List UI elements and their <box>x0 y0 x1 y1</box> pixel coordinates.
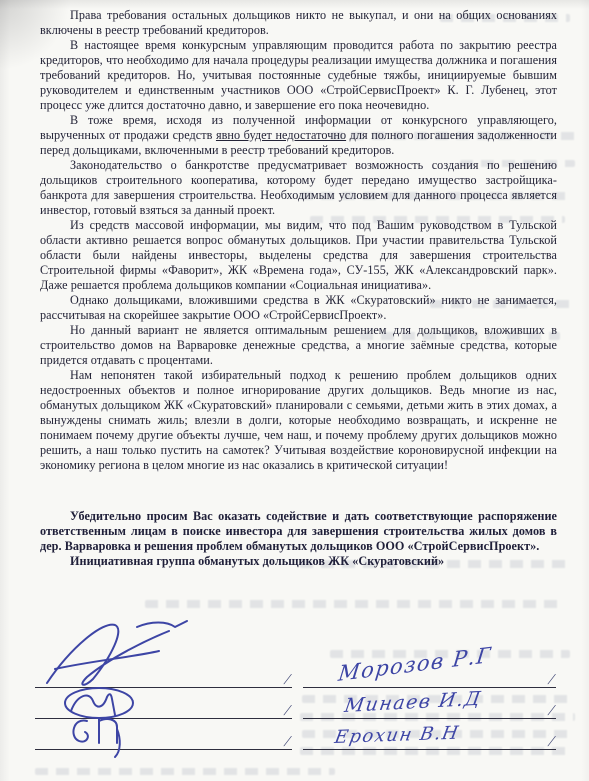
signature-scribble <box>63 709 147 761</box>
letter-body: Права требования остальных дольщиков ник… <box>40 8 557 569</box>
closing-line: Инициативная группа обманутых дольщиков … <box>40 554 557 569</box>
slash-mark: / <box>283 734 291 751</box>
paragraph-skuratovsky-ignored: Однако дольщиками, вложившими средства в… <box>40 293 557 323</box>
signature-line: Минаев И.Д / <box>303 687 556 719</box>
signatory-name: Ерохин В.Н <box>333 723 461 748</box>
paragraph-not-optimal: Но данный вариант не является оптимальны… <box>40 323 557 368</box>
signature-line: Морозов Р.Г / <box>303 656 556 688</box>
signature-row: / Ерохин В.Н / <box>35 719 556 750</box>
bleedthrough-artifact <box>145 600 565 608</box>
scanned-letter-page: Права требования остальных дольщиков ник… <box>0 0 589 781</box>
underlined-phrase: явно будет недостаточно <box>216 128 346 142</box>
paragraph-tula-examples: Из средств массовой информации, мы видим… <box>40 218 557 293</box>
paragraph-selective-approach: Нам непонятен такой избирательный подход… <box>40 368 557 473</box>
paragraph-register-closing: В настоящее время конкурсным управляющим… <box>40 38 557 113</box>
slash-mark: / <box>547 734 555 751</box>
paragraph-request: Убедительно просим Вас оказать содействи… <box>40 509 557 554</box>
signature-line: Ерохин В.Н / <box>303 718 556 750</box>
signatory-name: Минаев И.Д <box>343 688 483 717</box>
signature-block: / Морозов Р.Г / / Минаев И.Д / <box>35 657 556 750</box>
paragraph-insufficient-funds: В тоже время, исходя из полученной инфор… <box>40 113 557 158</box>
signature-line: / <box>35 718 292 750</box>
bleedthrough-artifact <box>35 768 335 775</box>
paragraph-rights-of-claim: Права требования остальных дольщиков ник… <box>40 8 557 38</box>
paragraph-bankruptcy-law: Законодательство о банкротстве предусмат… <box>40 158 557 218</box>
